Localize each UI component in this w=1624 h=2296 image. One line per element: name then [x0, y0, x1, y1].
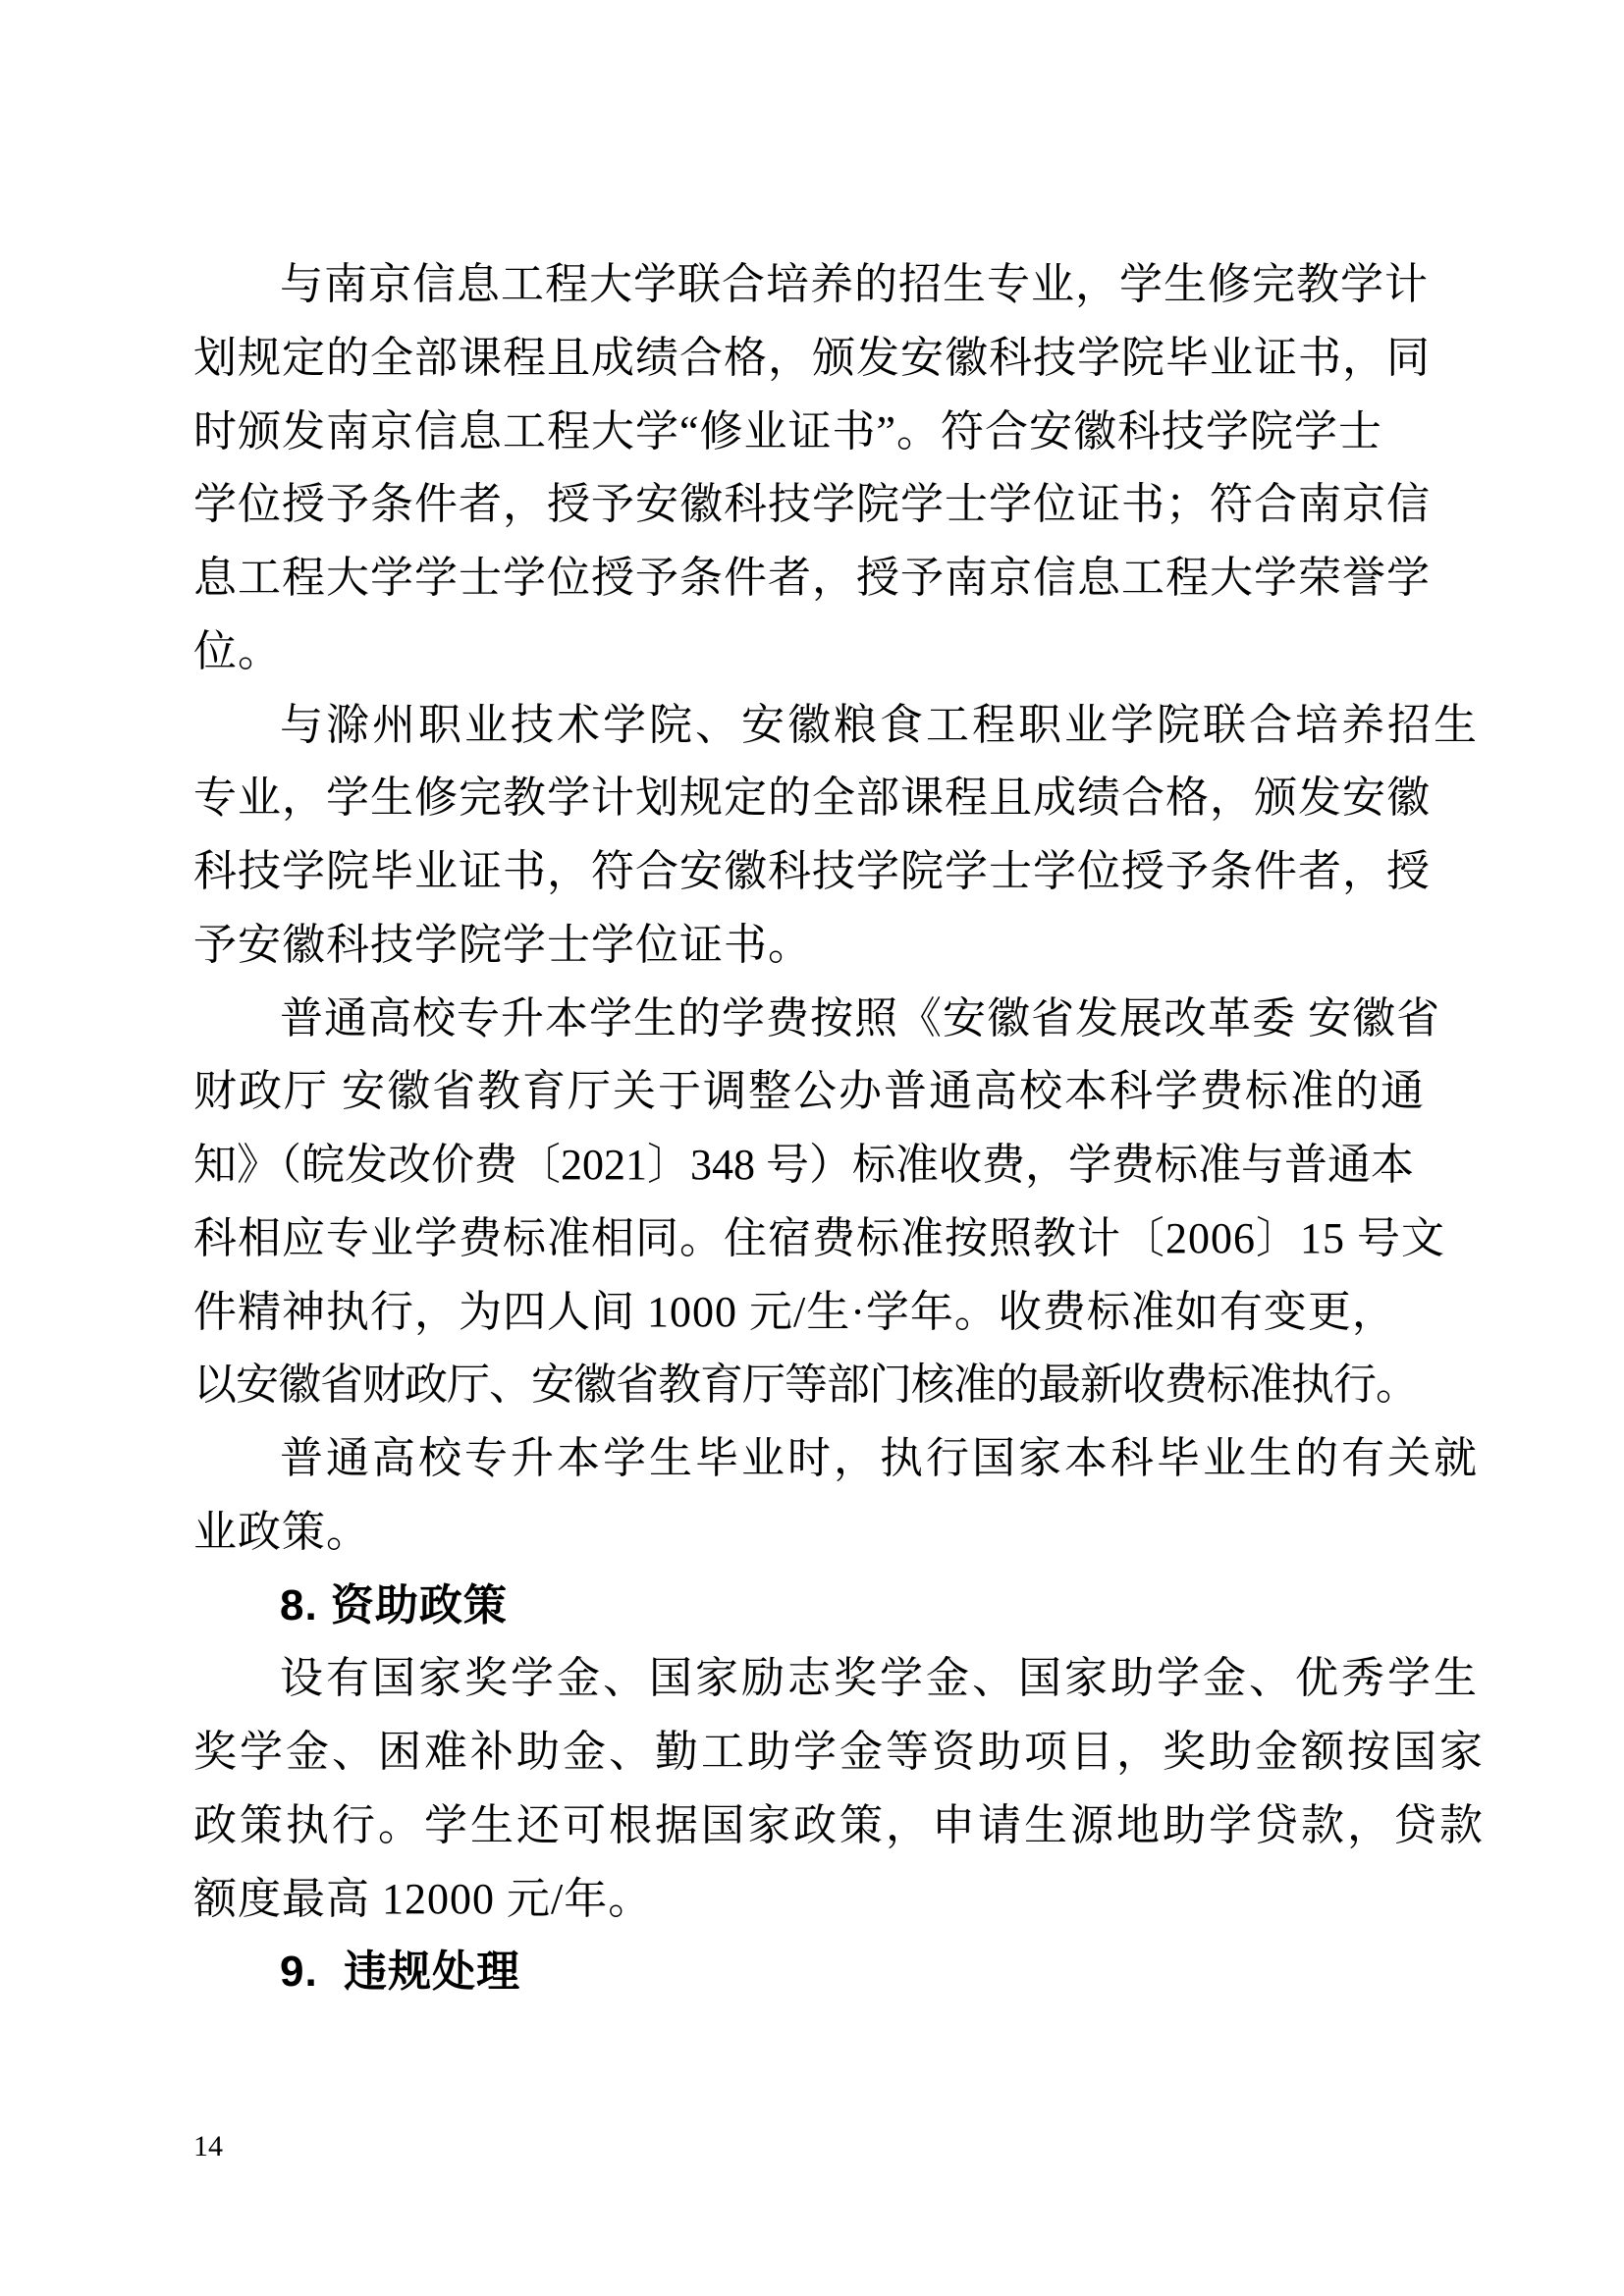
- paragraph-1-line-6: 位。: [193, 615, 1434, 689]
- paragraph-3-line-3: 知》（皖发改价费〔2021〕348 号）标准收费，学费标准与普通本: [193, 1129, 1434, 1202]
- paragraph-2-line-1: 与滁州职业技术学院、安徽粮食工程职业学院联合培养招生: [193, 689, 1434, 763]
- paragraph-3-line-1: 普通高校专升本学生的学费按照《安徽省发展改革委 安徽省: [193, 983, 1434, 1056]
- paragraph-2-line-2: 专业，学生修完教学计划规定的全部课程且成绩合格，颁发安徽: [193, 762, 1434, 835]
- document-body: 与南京信息工程大学联合培养的招生专业，学生修完教学计 划规定的全部课程且成绩合格…: [193, 248, 1434, 2009]
- paragraph-4-line-2: 业政策。: [193, 1496, 1434, 1570]
- heading-section-8: 8. 资助政策: [193, 1570, 1434, 1643]
- page-number: 14: [193, 2130, 223, 2163]
- paragraph-2-line-3: 科技学院毕业证书，符合安徽科技学院学士学位授予条件者，授: [193, 835, 1434, 909]
- paragraph-2-line-4: 予安徽科技学院学士学位证书。: [193, 909, 1434, 983]
- paragraph-1-line-5: 息工程大学学士学位授予条件者，授予南京信息工程大学荣誉学: [193, 542, 1434, 615]
- document-page: 与南京信息工程大学联合培养的招生专业，学生修完教学计 划规定的全部课程且成绩合格…: [0, 0, 1624, 2296]
- paragraph-4-line-1: 普通高校专升本学生毕业时，执行国家本科毕业生的有关就: [193, 1422, 1434, 1496]
- paragraph-1-line-2: 划规定的全部课程且成绩合格，颁发安徽科技学院毕业证书，同: [193, 322, 1434, 396]
- paragraph-1-line-4: 学位授予条件者，授予安徽科技学院学士学位证书；符合南京信: [193, 468, 1434, 542]
- paragraph-5-line-1: 设有国家奖学金、国家励志奖学金、国家助学金、优秀学生: [193, 1642, 1434, 1716]
- paragraph-3-line-4: 科相应专业学费标准相同。住宿费标准按照教计〔2006〕15 号文: [193, 1202, 1434, 1276]
- paragraph-3-line-2: 财政厅 安徽省教育厅关于调整公办普通高校本科学费标准的通: [193, 1055, 1434, 1129]
- paragraph-3-line-5: 件精神执行，为四人间 1000 元/生·学年。收费标准如有变更，: [193, 1276, 1434, 1350]
- paragraph-1-line-1: 与南京信息工程大学联合培养的招生专业，学生修完教学计: [193, 248, 1434, 322]
- paragraph-5-line-3: 政策执行。学生还可根据国家政策，申请生源地助学贷款，贷款: [193, 1789, 1434, 1863]
- heading-section-9: 9. 违规处理: [193, 1936, 1434, 2009]
- paragraph-3-line-6: 以安徽省财政厅、安徽省教育厅等部门核准的最新收费标准执行。: [193, 1349, 1434, 1422]
- paragraph-5-line-2: 奖学金、困难补助金、勤工助学金等资助项目，奖助金额按国家: [193, 1716, 1434, 1789]
- paragraph-5-line-4: 额度最高 12000 元/年。: [193, 1863, 1434, 1937]
- paragraph-1-line-3: 时颁发南京信息工程大学“修业证书”。符合安徽科技学院学士: [193, 396, 1434, 469]
